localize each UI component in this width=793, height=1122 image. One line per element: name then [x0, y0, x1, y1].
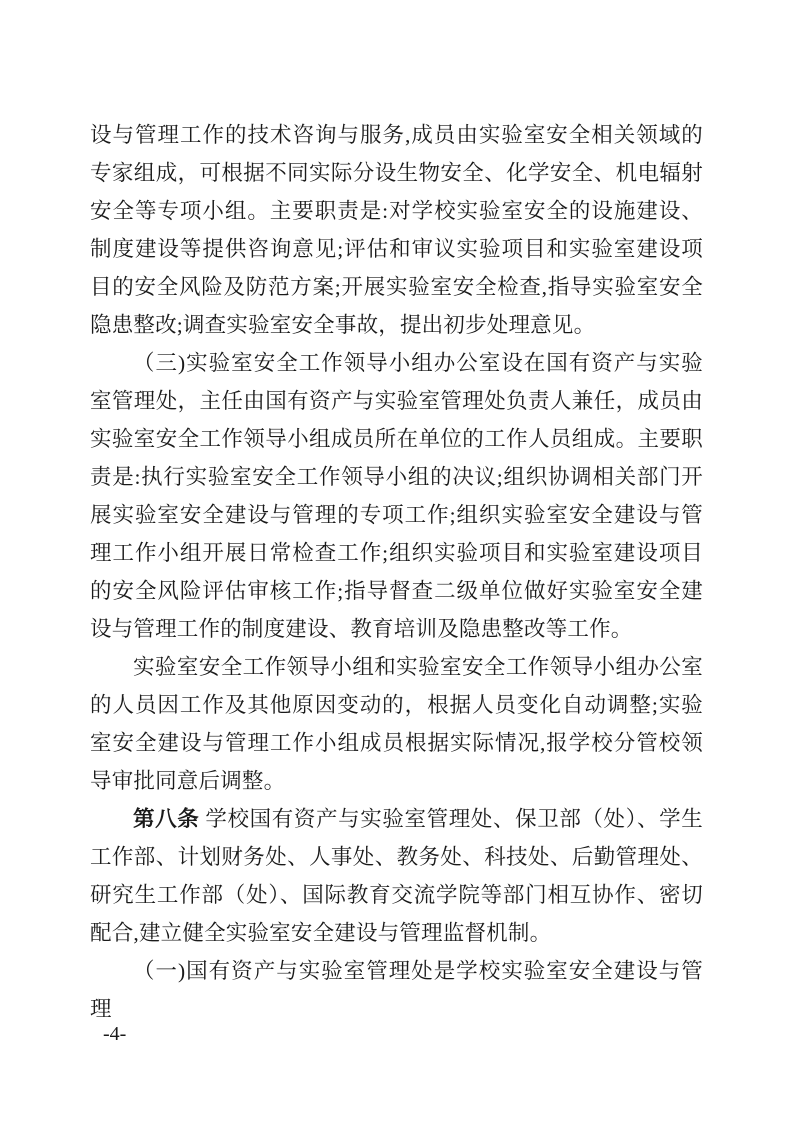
paragraph-4: 第八条 学校国有资产与实验室管理处、保卫部（处）、学生工作部、计划财务处、人事处… — [90, 800, 703, 952]
paragraph-5: （一)国有资产与实验室管理处是学校实验室安全建设与管理 — [90, 952, 703, 1028]
text-block: 设与管理工作的技术咨询与服务,成员由实验室安全相关领域的专家组成，可根据不同实际… — [90, 116, 703, 1028]
document-page: 设与管理工作的技术咨询与服务,成员由实验室安全相关领域的专家组成，可根据不同实际… — [0, 0, 793, 1122]
page-number: -4- — [103, 1022, 126, 1046]
article-number: 第八条 — [133, 807, 199, 831]
paragraph-1: 设与管理工作的技术咨询与服务,成员由实验室安全相关领域的专家组成，可根据不同实际… — [90, 116, 703, 344]
paragraph-3: 实验室安全工作领导小组和实验室安全工作领导小组办公室的人员因工作及其他原因变动的… — [90, 648, 703, 800]
paragraph-2: （三)实验室安全工作领导小组办公室设在国有资产与实验室管理处，主任由国有资产与实… — [90, 344, 703, 648]
